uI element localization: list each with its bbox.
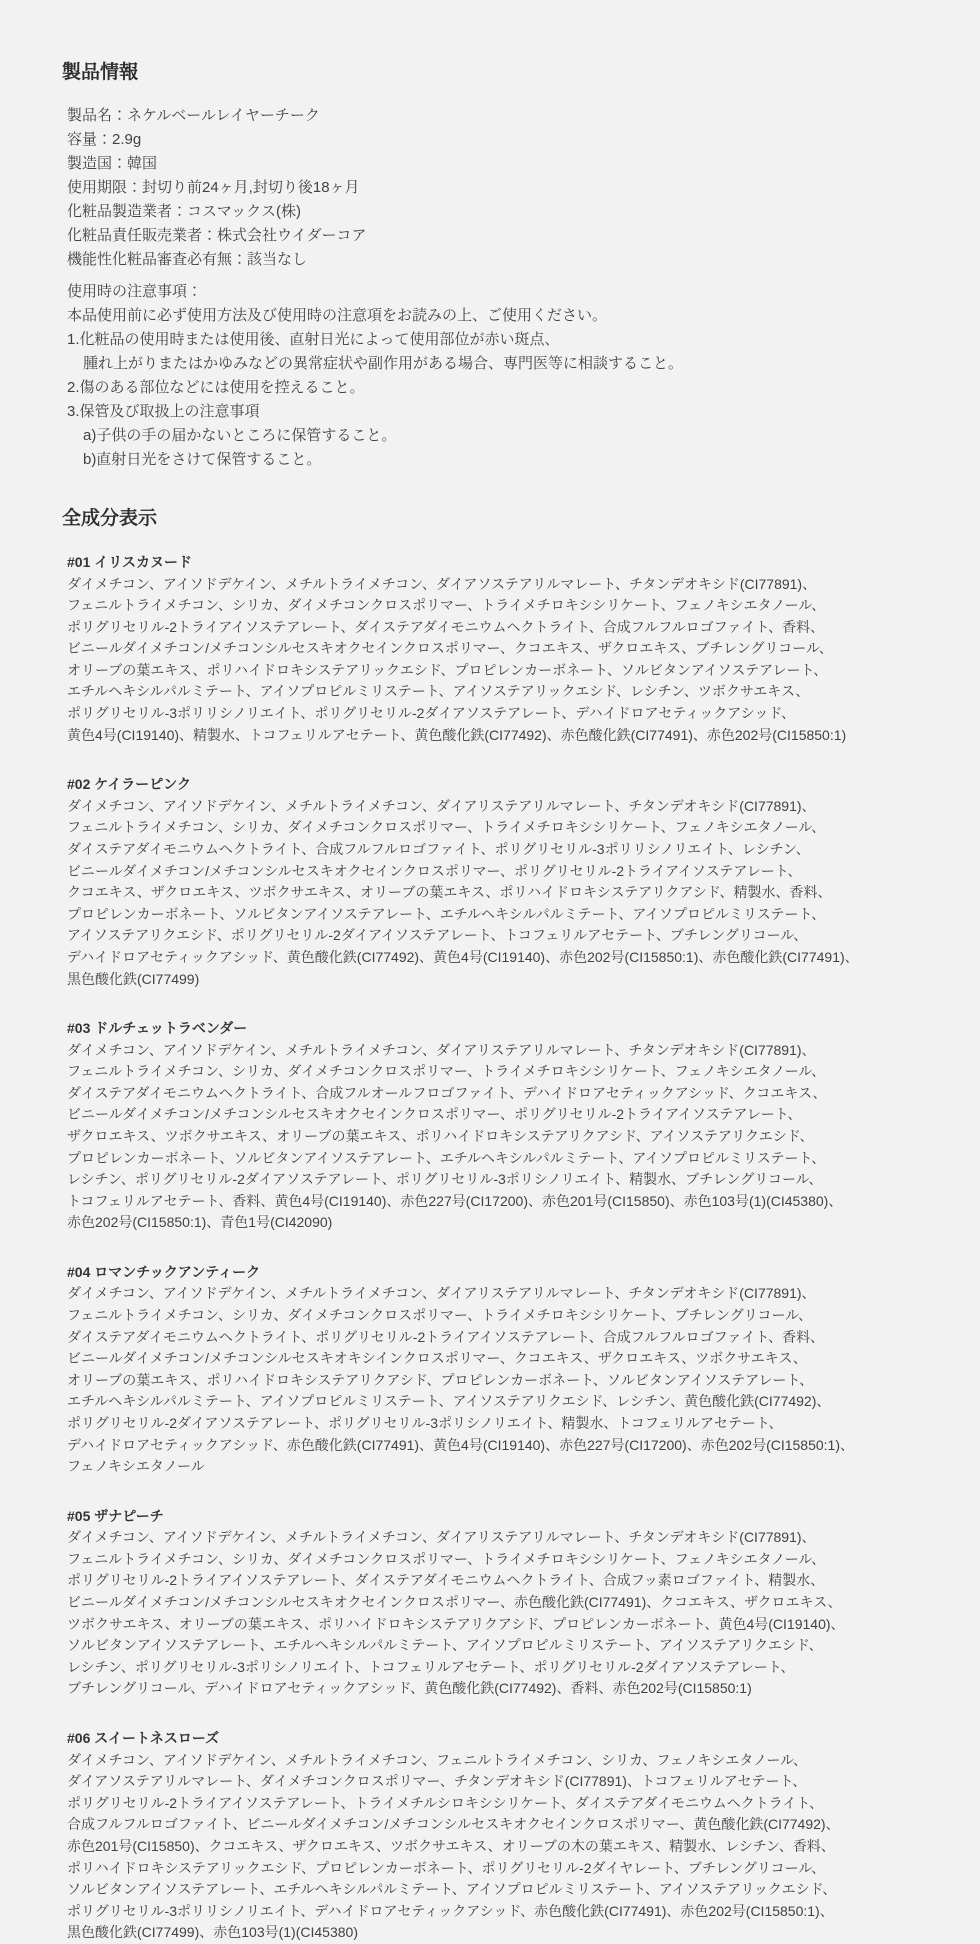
ingredient-line: ポリグリセリル-2ダイアソステアレート、ポリグリセリル-3ポリシノリエイト、精製… [67,1413,940,1435]
ingredient-line: ポリグリセリル-3ポリリシノリエイト、デハイドロアセティックアシッド、赤色酸化鉄… [67,1901,940,1923]
ingredient-line: 赤色202号(CI15850:1)、青色1号(CI42090) [67,1212,940,1234]
product-field: 製造国：韓国 [67,152,940,176]
product-info-heading: 製品情報 [62,62,940,84]
ingredient-line: ポリグリセリル-2トライアイソステアレート、ダイステアダイモニウムヘクトライト、… [67,1570,940,1592]
shade-block: #02 ケイラーピンクダイメチコン、アイソドデケイン、メチルトライメチコン、ダイ… [67,774,940,990]
ingredient-line: ダイステアダイモニウムヘクトライト、合成フルフルロゴファイト、ポリグリセリル-3… [67,839,940,861]
usage-notes-lines: 本品使用前に必ず使用方法及び使用時の注意項をお読みの上、ご使用ください。1.化粧… [67,304,940,472]
ingredient-line: 黒色酸化鉄(CI77499)、赤色103号(1)(CI45380) [67,1922,940,1944]
ingredient-line: デハイドロアセティックアシッド、黄色酸化鉄(CI77492)、黄色4号(CI19… [67,947,940,969]
product-field: 化粧品責任販売業者：株式会社ウイダーコア [67,224,940,248]
ingredient-line: ビニールダイメチコン/メチコンシルセスキオクセインクロスポリマー、クコエキス、ザ… [67,638,940,660]
ingredient-line: エチルヘキシルパルミテート、アイソプロピルミリステート、アイソステアリックエシド… [67,681,940,703]
ingredient-line: レシチン、ポリグリセリル-3ポリシノリエイト、トコフェリルアセテート、ポリグリセ… [67,1657,940,1679]
page: { "page": { "background": "#f2f2f3", "bo… [0,0,980,1850]
ingredient-line: ダイメチコン、アイソドデケイン、メチルトライメチコン、フェニルトライメチコン、シ… [67,1750,940,1772]
usage-notes-title: 使用時の注意事項： [67,280,940,304]
usage-note-line: 本品使用前に必ず使用方法及び使用時の注意項をお読みの上、ご使用ください。 [67,304,940,328]
ingredient-line: ダイメチコン、アイソドデケイン、メチルトライメチコン、ダイアリステアリルマレート… [67,796,940,818]
ingredient-line: ダイメチコン、アイソドデケイン、メチルトライメチコン、ダイアソステアリルマレート… [67,574,940,596]
ingredient-line: フェノキシエタノール [67,1456,940,1478]
ingredient-line: ザクロエキス、ツボクサエキス、オリーブの葉エキス、ポリハイドロキシステアリクアシ… [67,1126,940,1148]
ingredient-line: ビニールダイメチコン/メチコンシルセスキオクセインクロスポリマー、ポリグリセリル… [67,861,940,883]
shade-title: #02 ケイラーピンク [67,774,940,796]
ingredient-line: ビニールダイメチコン/メチコンシルセスキオクセインクロスポリマー、赤色酸化鉄(C… [67,1592,940,1614]
ingredient-line: ダイメチコン、アイソドデケイン、メチルトライメチコン、ダイアリステアリルマレート… [67,1040,940,1062]
shade-title: #06 スイートネスローズ [67,1728,940,1750]
ingredient-line: ダイメチコン、アイソドデケイン、メチルトライメチコン、ダイアリステアリルマレート… [67,1527,940,1549]
ingredient-line: 黄色4号(CI19140)、精製水、トコフェリルアセテート、黄色酸化鉄(CI77… [67,725,940,747]
ingredients-heading: 全成分表示 [62,508,940,530]
ingredient-line: フェニルトライメチコン、シリカ、ダイメチコンクロスポリマー、トライメチロキシシリ… [67,595,940,617]
shade-block: #06 スイートネスローズダイメチコン、アイソドデケイン、メチルトライメチコン、… [67,1728,940,1944]
ingredient-line: 赤色201号(CI15850)、クコエキス、ザクロエキス、ツボクサエキス、オリー… [67,1836,940,1858]
product-info-section: 製品情報 製品名：ネケルベールレイヤーチーク容量：2.9g製造国：韓国使用期限：… [62,62,940,472]
product-detail-content: 製品情報 製品名：ネケルベールレイヤーチーク容量：2.9g製造国：韓国使用期限：… [0,0,980,1944]
ingredient-line: ビニールダイメチコン/メチコンシルセスキオクセインクロスポリマー、ポリグリセリル… [67,1104,940,1126]
shade-list: #01 イリスカヌードダイメチコン、アイソドデケイン、メチルトライメチコン、ダイ… [67,552,940,1944]
ingredient-line: 合成フルフルロゴファイト、ビニールダイメチコン/メチコンシルセスキオクセインクロ… [67,1814,940,1836]
shade-block: #04 ロマンチックアンティークダイメチコン、アイソドデケイン、メチルトライメチ… [67,1262,940,1478]
usage-note-line: 2.傷のある部位などには使用を控えること。 [67,376,940,400]
ingredient-line: フェニルトライメチコン、シリカ、ダイメチコンクロスポリマー、トライメチロキシシリ… [67,1061,940,1083]
shade-title: #04 ロマンチックアンティーク [67,1262,940,1284]
usage-note-line: a)子供の手の届かないところに保管すること。 [67,424,940,448]
ingredient-line: ポリハイドロキシステアリックエシド、プロピレンカーボネート、ポリグリセリル-2ダ… [67,1858,940,1880]
shade-title: #01 イリスカヌード [67,552,940,574]
ingredient-line: レシチン、ポリグリセリル-2ダイアソステアレート、ポリグリセリル-3ポリシノリエ… [67,1169,940,1191]
ingredient-line: ダイステアダイモニウムヘクトライト、ポリグリセリル-2トライアイソステアレート、… [67,1327,940,1349]
ingredient-line: ダイアソステアリルマレート、ダイメチコンクロスポリマー、チタンデオキシド(CI7… [67,1771,940,1793]
usage-notes: 使用時の注意事項： 本品使用前に必ず使用方法及び使用時の注意項をお読みの上、ご使… [67,280,940,472]
ingredient-line: ダイステアダイモニウムヘクトライト、合成フルオールフロゴファイト、デハイドロアセ… [67,1083,940,1105]
ingredient-line: ポリグリセリル-3ポリリシノリエイト、ポリグリセリル-2ダイアソステアレート、デ… [67,703,940,725]
shade-title: #05 ザナピーチ [67,1506,940,1528]
shade-block: #03 ドルチェットラベンダーダイメチコン、アイソドデケイン、メチルトライメチコ… [67,1018,940,1234]
ingredient-line: ポリグリセリル-2トライアイソステアレート、ダイステアダイモニウムヘクトライト、… [67,617,940,639]
usage-note-line: 1.化粧品の使用時または使用後、直射日光によって使用部位が赤い斑点、 [67,328,940,352]
ingredient-line: エチルヘキシルパルミテート、アイソプロピルミリステート、アイソステアリクエシド、… [67,1391,940,1413]
ingredient-line: オリーブの葉エキス、ポリハイドロキシステアリクアシド、プロピレンカーボネート、ソ… [67,1370,940,1392]
ingredient-line: ソルビタンアイソステアレート、エチルヘキシルパルミテート、アイソプロピルミリステ… [67,1879,940,1901]
ingredient-line: ソルビタンアイソステアレート、エチルヘキシルパルミテート、アイソプロピルミリステ… [67,1635,940,1657]
usage-note-line: 腫れ上がりまたはかゆみなどの異常症状や副作用がある場合、専門医等に相談すること。 [67,352,940,376]
ingredient-line: ツボクサエキス、オリーブの葉エキス、ポリハイドロキシステアリクアシド、プロピレン… [67,1614,940,1636]
ingredient-line: ポリグリセリル-2トライアイソステアレート、トライメチルシロキシシリケート、ダイ… [67,1793,940,1815]
ingredient-line: フェニルトライメチコン、シリカ、ダイメチコンクロスポリマー、トライメチロキシシリ… [67,1549,940,1571]
ingredient-line: プロピレンカーボネート、ソルビタンアイソステアレート、エチルヘキシルパルミテート… [67,1148,940,1170]
shade-block: #01 イリスカヌードダイメチコン、アイソドデケイン、メチルトライメチコン、ダイ… [67,552,940,746]
ingredient-line: ビニールダイメチコン/メチコンシルセスキオキシインクロスポリマー、クコエキス、ザ… [67,1348,940,1370]
shade-block: #05 ザナピーチダイメチコン、アイソドデケイン、メチルトライメチコン、ダイアリ… [67,1506,940,1700]
ingredient-line: ダイメチコン、アイソドデケイン、メチルトライメチコン、ダイアリステアリルマレート… [67,1283,940,1305]
usage-note-line: 3.保管及び取扱上の注意事項 [67,400,940,424]
ingredient-line: フェニルトライメチコン、シリカ、ダイメチコンクロスポリマー、トライメチロキシシリ… [67,817,940,839]
ingredient-line: フェニルトライメチコン、シリカ、ダイメチコンクロスポリマー、トライメチロキシシリ… [67,1305,940,1327]
ingredient-line: 黒色酸化鉄(CI77499) [67,969,940,991]
ingredient-line: オリーブの葉エキス、ポリハイドロキシステアリックエシド、プロピレンカーボネート、… [67,660,940,682]
ingredient-line: ブチレングリコール、デハイドロアセティックアシッド、黄色酸化鉄(CI77492)… [67,1678,940,1700]
ingredient-line: アイソステアリクエシド、ポリグリセリル-2ダイアイソステアレート、トコフェリルア… [67,925,940,947]
product-field: 容量：2.9g [67,128,940,152]
ingredient-line: プロピレンカーボネート、ソルビタンアイソステアレート、エチルヘキシルパルミテート… [67,904,940,926]
product-field: 製品名：ネケルベールレイヤーチーク [67,104,940,128]
product-fields: 製品名：ネケルベールレイヤーチーク容量：2.9g製造国：韓国使用期限：封切り前2… [67,104,940,272]
product-field: 機能性化粧品審査必有無：該当なし [67,248,940,272]
product-field: 使用期限：封切り前24ヶ月,封切り後18ヶ月 [67,176,940,200]
ingredient-line: トコフェリルアセテート、香料、黄色4号(CI19140)、赤色227号(CI17… [67,1191,940,1213]
ingredients-section: 全成分表示 #01 イリスカヌードダイメチコン、アイソドデケイン、メチルトライメ… [62,508,940,1944]
ingredient-line: クコエキス、ザクロエキス、ツボクサエキス、オリーブの葉エキス、ポリハイドロキシス… [67,882,940,904]
product-field: 化粧品製造業者：コスマックス(株) [67,200,940,224]
ingredient-line: デハイドロアセティックアシッド、赤色酸化鉄(CI77491)、黄色4号(CI19… [67,1435,940,1457]
shade-title: #03 ドルチェットラベンダー [67,1018,940,1040]
usage-note-line: b)直射日光をさけて保管すること。 [67,448,940,472]
